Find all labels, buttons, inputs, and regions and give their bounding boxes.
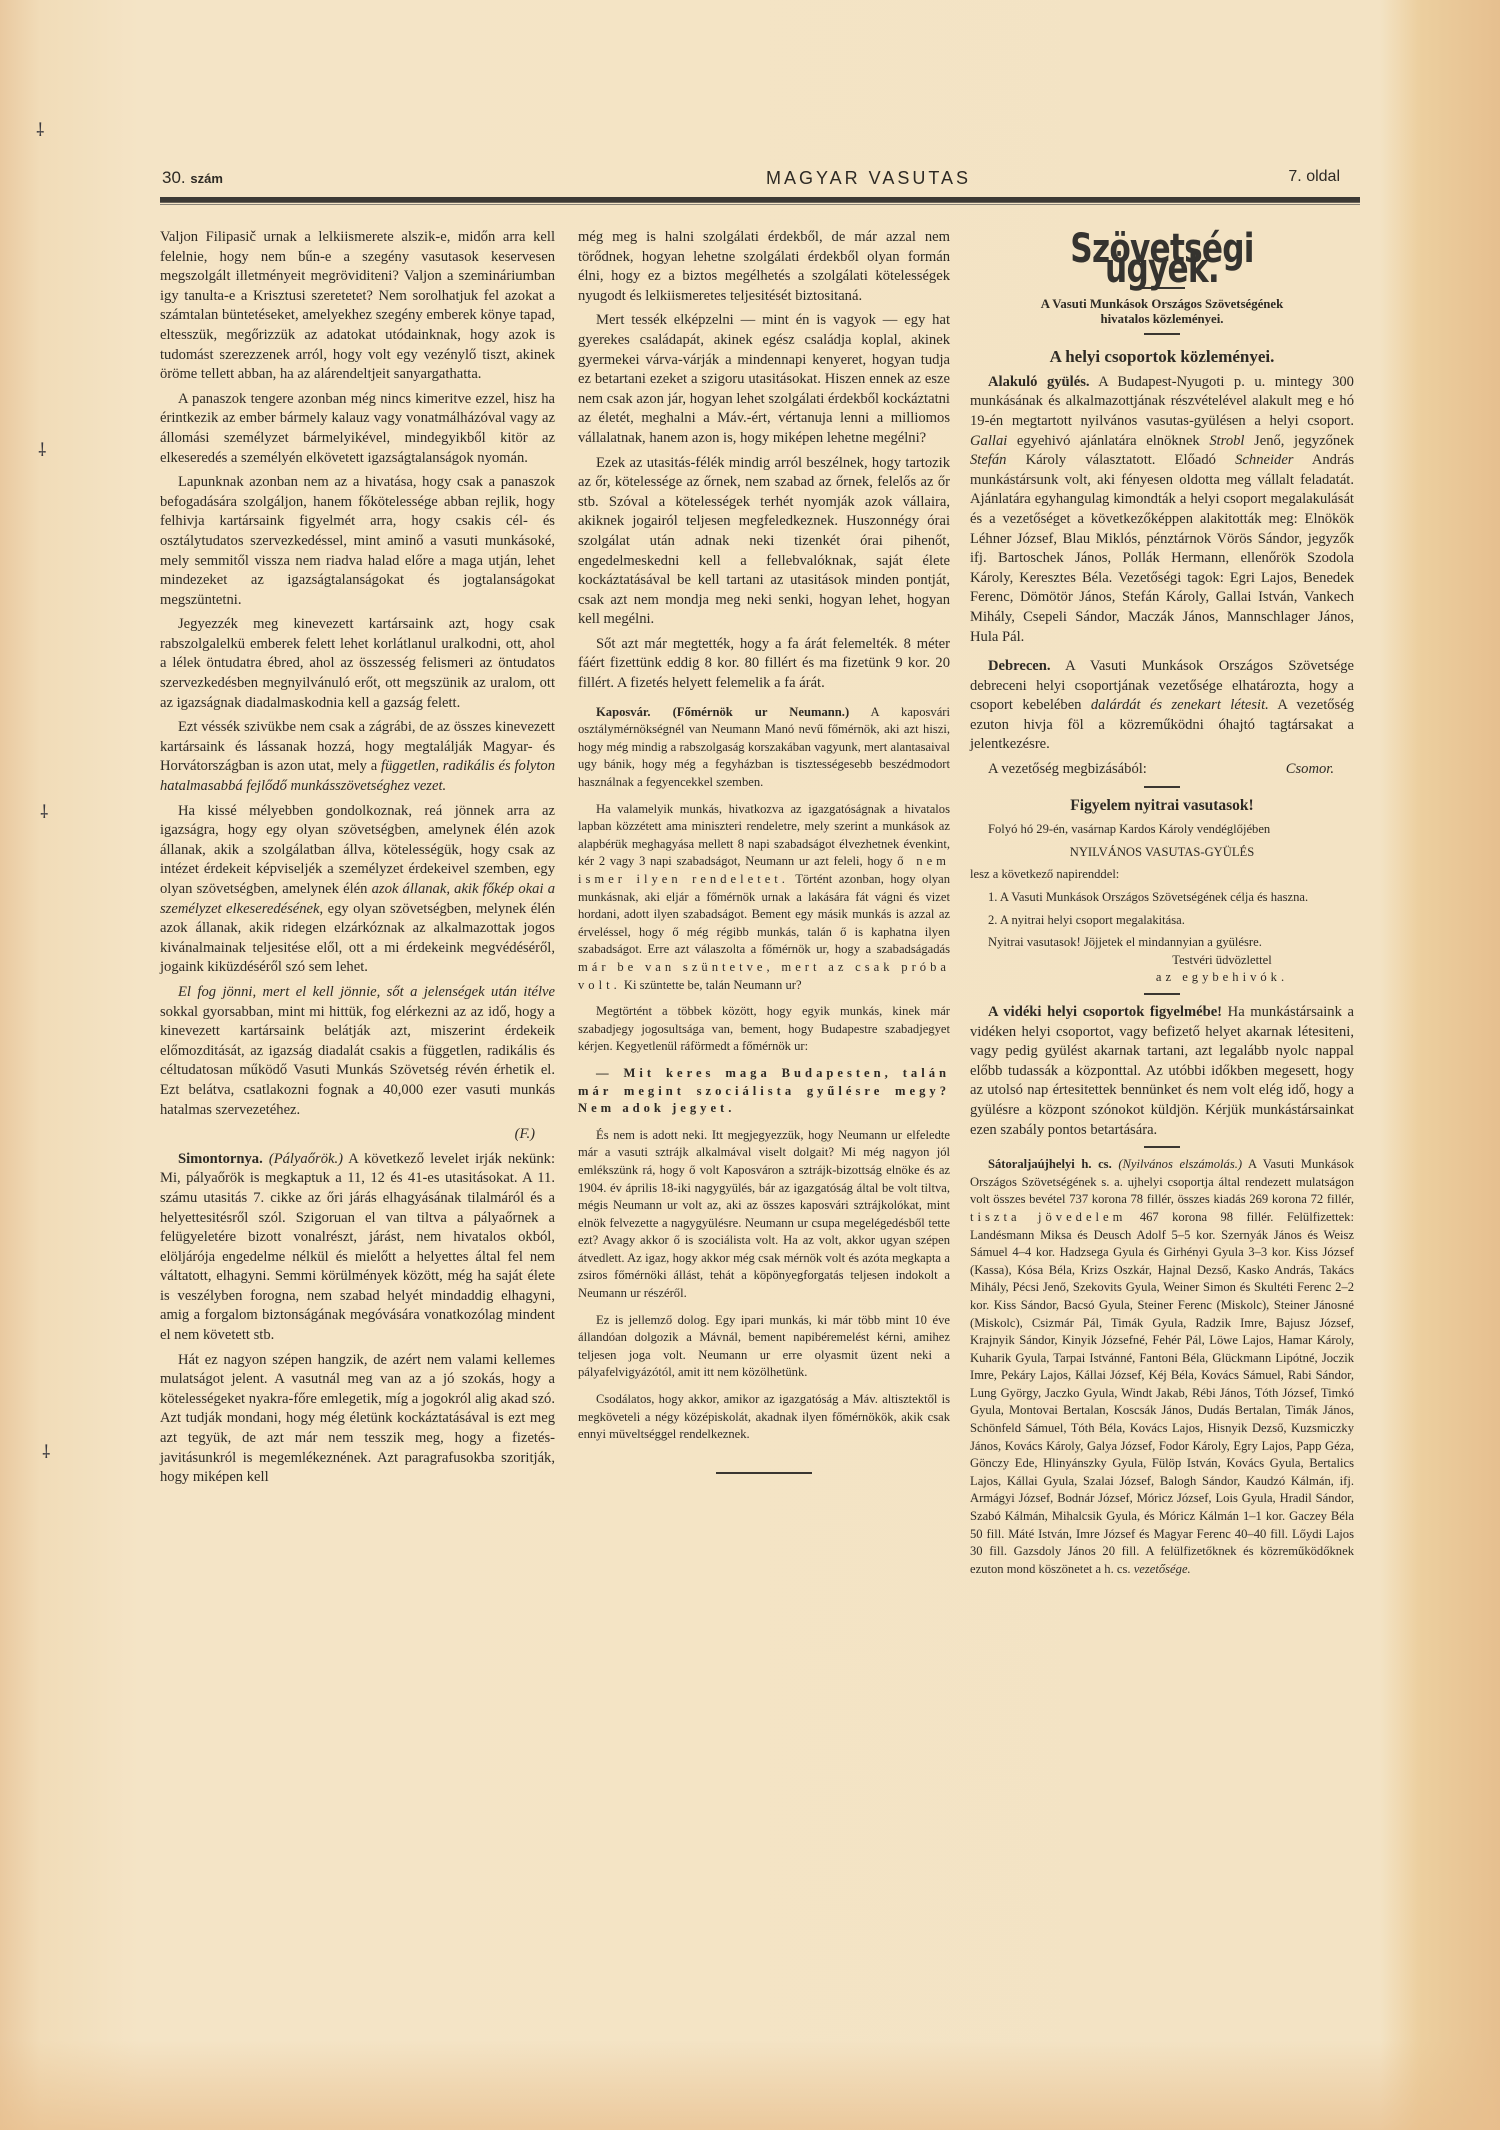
paragraph: Valjon Filipasič urnak a lelkiismerete a…: [160, 228, 555, 385]
text: Ha valamelyik munkás, hivatkozva az igaz…: [578, 802, 950, 869]
paragraph: Megtörtént a többek között, hogy egyik m…: [578, 1003, 950, 1056]
person-name: Schneider: [1235, 452, 1293, 468]
paragraph: lesz a következő napirenddel:: [970, 866, 1354, 884]
issue-number: 30. szám: [162, 168, 223, 188]
text: egyehivó ajánlatára elnöknek: [1007, 433, 1209, 449]
greeting: Testvéri üdvözlettel: [970, 952, 1354, 970]
paragraph: Folyó hó 29-én, vasárnap Kardos Károly v…: [970, 821, 1354, 839]
divider: [1144, 333, 1180, 335]
binding-mark-icon: ⸸: [40, 800, 48, 824]
divider: [1144, 993, 1180, 995]
column-2: még meg is halni szolgálati érdekből, de…: [578, 228, 950, 1474]
newspaper-title: MAGYAR VASUTAS: [766, 168, 971, 189]
signature-line: A vezetőség megbizásából:Csomor.: [970, 760, 1354, 780]
paragraph: Jegyezzék meg kinevezett kartársaink azt…: [160, 615, 555, 713]
article-tag: (Nyilvános elszámolás.): [1118, 1157, 1242, 1171]
person-name: Gallai: [970, 433, 1007, 449]
paragraph: Csodálatos, hogy akkor, amikor az igazga…: [578, 1391, 950, 1444]
nyitra-title: Figyelem nyitrai vasutasok!: [970, 796, 1354, 816]
page-number: 7. oldal: [1288, 168, 1340, 186]
emphasis-text: tiszta jövedelem: [970, 1210, 1126, 1224]
divider: [1144, 1146, 1180, 1148]
article-place: Simontornya.: [178, 1151, 263, 1167]
article-head: Alakuló gyülés.: [988, 374, 1090, 390]
article-kaposvar: Kaposvár. (Főmérnök ur Neumann.) A kapos…: [578, 704, 950, 792]
issue-word: szám: [190, 171, 223, 186]
paragraph: A panaszok tengere azonban még nincs kim…: [160, 390, 555, 468]
local-groups-title: A helyi csoportok közleményei.: [970, 347, 1354, 367]
article-head: A vidéki helyi csoportok figyelmébe!: [988, 1004, 1222, 1020]
section-subtitle: A Vasuti Munkások Országos Szövetségének…: [970, 297, 1354, 327]
paragraph: Sőt azt már megtették, hogy a fa árát fe…: [578, 635, 950, 694]
text: 467 korona 98 fillér. Felülfizettek: Lan…: [970, 1210, 1354, 1576]
emphasis-text: El fog jönni, mert el kell jönnie, sőt a…: [178, 984, 555, 1000]
article-simontornya: Simontornya. (Pályaőrök.) A következő le…: [160, 1150, 555, 1346]
subtitle-line: A Vasuti Munkások Országos Szövetségének: [970, 297, 1354, 312]
person-name: Stefán: [970, 452, 1006, 468]
signature-name: Csomor.: [1286, 760, 1334, 780]
text: Jenő, jegyzőnek: [1244, 433, 1354, 449]
paragraph: És nem is adott neki. Itt megjegyezzük, …: [578, 1127, 950, 1303]
text: Károly választatott. Előadó: [1006, 452, 1235, 468]
emphasis-text: dalárdát és zenekart létesit.: [1091, 697, 1269, 713]
article-place: Kaposvár.: [596, 705, 650, 719]
paragraph: Lapunknak azonban nem az a hivatása, hog…: [160, 473, 555, 610]
signature-name: vezetősége.: [1134, 1562, 1191, 1576]
text: András munkástársunk volt, aki fényesen …: [970, 452, 1354, 644]
paragraph: Ezek az utasitás-félék mindig arról besz…: [578, 454, 950, 630]
paragraph: Ezt véssék szivükbe nem csak a zágrábi, …: [160, 718, 555, 796]
divider: [1144, 786, 1180, 788]
agenda-item: 2. A nyitrai helyi csoport megalakitása.: [970, 912, 1354, 930]
paragraph: Mert tessék elképzelni — mint én is vagy…: [578, 311, 950, 448]
paragraph: még meg is halni szolgálati érdekből, de…: [578, 228, 950, 306]
page-edge-shadow: [0, 2040, 1500, 2130]
quote: — Mit keres maga Budapesten, talán már m…: [578, 1065, 950, 1118]
person-name: Strobl: [1209, 433, 1244, 449]
header-rule-thin: [160, 204, 1360, 205]
text: Ki szüntette be, talán Neumann ur?: [621, 978, 802, 992]
article-tag: (Főmérnök ur Neumann.): [673, 705, 850, 719]
article-videki: A vidéki helyi csoportok figyelmébe! Ha …: [970, 1003, 1354, 1140]
author-signature: (F.): [160, 1125, 555, 1145]
article-debrecen: Debrecen. A Vasuti Munkások Országos Szö…: [970, 657, 1354, 755]
article-tag: (Pályaőrök.): [269, 1151, 343, 1167]
column-3: Szövetségi ügyek. A Vasuti Munkások Orsz…: [970, 228, 1354, 1583]
paragraph: Ez is jellemző dolog. Egy ipari munkás, …: [578, 1312, 950, 1382]
text: Ha munkástársaink a vidéken helyi csopor…: [970, 1004, 1354, 1138]
section-title: Szövetségi ügyek.: [1012, 240, 1312, 279]
article-head: Sátoraljaújhelyi h. cs.: [988, 1157, 1112, 1171]
paragraph: El fog jönni, mert el kell jönnie, sőt a…: [160, 983, 555, 1120]
binding-mark-icon: ⸸: [36, 118, 44, 142]
binding-mark-icon: ⸸: [38, 438, 46, 462]
agenda-item: 1. A Vasuti Munkások Országos Szövetségé…: [970, 889, 1354, 907]
signature-label: A vezetőség megbizásából:: [988, 760, 1147, 780]
paragraph: Hát ez nagyon szépen hangzik, de azért n…: [160, 1351, 555, 1488]
paragraph: Ha valamelyik munkás, hivatkozva az igaz…: [578, 801, 950, 995]
article-end-rule: [716, 1472, 812, 1474]
paragraph: Ha kissé mélyebben gondolkoznak, reá jön…: [160, 802, 555, 978]
article-head: Debrecen.: [988, 658, 1051, 674]
article-satoraljaujhely: Sátoraljaújhelyi h. cs. (Nyilvános elszá…: [970, 1156, 1354, 1578]
subtitle-line: hivatalos közleményei.: [970, 312, 1354, 327]
header-rule: [160, 197, 1360, 203]
issue-number-value: 30.: [162, 168, 186, 187]
column-1: Valjon Filipasič urnak a lelkiismerete a…: [160, 228, 555, 1493]
signature-name: az egybehivók.: [970, 969, 1354, 987]
text: A következő levelet irják nekünk: Mi, pá…: [160, 1151, 555, 1343]
article-alakulo: Alakuló gyülés. A Budapest-Nyugoti p. u.…: [970, 373, 1354, 647]
event-title: NYILVÁNOS VASUTAS-GYÜLÉS: [970, 844, 1354, 862]
paragraph: Nyitrai vasutasok! Jöjjetek el mindannyi…: [970, 934, 1354, 952]
text: sokkal gyorsabban, mint mi hittük, fog e…: [160, 1004, 555, 1118]
binding-mark-icon: ⸸: [42, 1440, 50, 1464]
page-header: 30. szám MAGYAR VASUTAS 7. oldal: [160, 168, 1360, 192]
